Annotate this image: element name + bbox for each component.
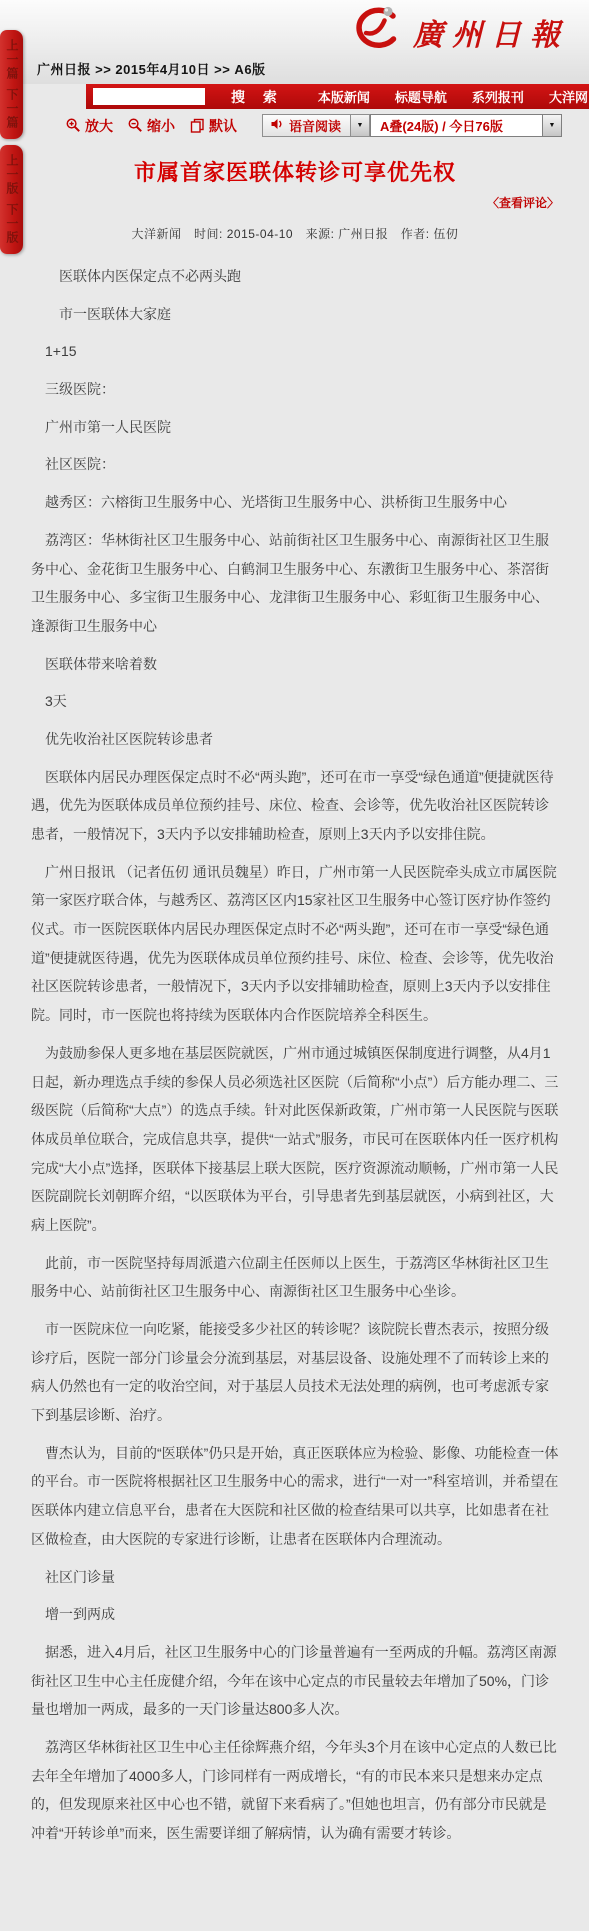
toolbar: 放大 缩小 默认	[0, 109, 589, 142]
logo-swoosh-icon	[345, 3, 407, 60]
article-body: 医联体内医保定点不必两头跑市一医联体大家庭1+15三级医院：广州市第一人民医院社…	[31, 262, 559, 1848]
nav-link[interactable]: 大洋网	[549, 87, 588, 106]
article-paragraph: 荔湾区华林街社区卫生中心主任徐辉燕介绍，今年头3个月在该中心定点的人数已比去年全…	[31, 1733, 559, 1848]
article-paragraph: 社区医院：	[31, 450, 559, 479]
speaker-icon	[270, 117, 284, 134]
article-paragraph: 医联体带来啥着数	[31, 650, 559, 679]
article-paragraph: 据悉，进入4月后，社区卫生服务中心的门诊量普遍有一至两成的升幅。荔湾区南源街社区…	[31, 1638, 559, 1724]
prev-article-link[interactable]: 上一篇	[0, 39, 23, 81]
prev-page-link[interactable]: 上一版	[0, 154, 23, 196]
article-paragraph: 增一到两成	[31, 1600, 559, 1629]
side-tab-page-nav: 上一版 下一版	[0, 145, 23, 254]
article-paragraph: 广州市第一人民医院	[31, 413, 559, 442]
article-paragraph: 曹杰认为，目前的“医联体”仍只是开始，真正医联体应为检验、影像、功能检查一体的平…	[31, 1439, 559, 1554]
article-paragraph: 市一医院床位一向吃紧，能接受多少社区的转诊呢？该院院长曹杰表示，按照分级诊疗后，…	[31, 1315, 559, 1430]
magnifier-minus-icon	[128, 118, 143, 133]
next-article-link[interactable]: 下一篇	[0, 88, 23, 130]
article-paragraph: 1+15	[31, 337, 559, 366]
article-paragraph: 医联体内医保定点不必两头跑	[31, 262, 559, 291]
article-paragraph: 越秀区：六榕街卫生服务中心、光塔街卫生服务中心、洪桥街卫生服务中心	[31, 488, 559, 517]
article: 市属首家医联体转诊可享优先权 〈查看评论〉 大洋新闻 时间: 2015-04-1…	[31, 156, 559, 1848]
article-paragraph: 市一医联体大家庭	[31, 300, 559, 329]
page: 上一篇 下一篇 上一版 下一版 廣州日報 广州日报 >> 2015年4月10日 …	[0, 0, 589, 1931]
side-tab-article-nav: 上一篇 下一篇	[0, 30, 23, 139]
header: 廣州日報 广州日报 >> 2015年4月10日 >> A6版	[0, 0, 589, 84]
article-paragraph: 社区门诊量	[31, 1563, 559, 1592]
side-tabs: 上一篇 下一篇 上一版 下一版	[0, 30, 23, 260]
edition-select[interactable]: A叠(24版) / 今日76版 ▼	[370, 114, 562, 137]
search-button[interactable]: 搜 索	[231, 87, 284, 107]
article-paragraph: 医联体内居民办理医保定点时不必“两头跑”，还可在市一享受“绿色通道”便捷就医待遇…	[31, 763, 559, 849]
zoom-out-label: 缩小	[147, 116, 175, 136]
edition-dropdown-button[interactable]: ▼	[542, 115, 561, 136]
breadcrumb[interactable]: 广州日报 >> 2015年4月10日 >> A6版	[37, 59, 266, 78]
navbar: 搜 索 本版新闻标题导航系列报刊大洋网网站地图	[86, 84, 589, 109]
view-comments-link[interactable]: 〈查看评论〉	[487, 196, 559, 210]
article-paragraph: 荔湾区：华林街社区卫生服务中心、站前街社区卫生服务中心、南源街社区卫生服务中心、…	[31, 526, 559, 641]
pages-icon	[190, 118, 205, 133]
article-meta: 大洋新闻 时间: 2015-04-10 来源: 广州日报 作者: 伍仞	[31, 225, 559, 242]
article-paragraph: 此前，市一医院坚持每周派遣六位副主任医师以上医生，于荔湾区华林街社区卫生服务中心…	[31, 1249, 559, 1306]
tts-label: 语音阅读	[289, 116, 341, 135]
tts-inner: 语音阅读	[263, 115, 350, 136]
article-paragraph: 三级医院：	[31, 375, 559, 404]
article-paragraph: 广州日报讯 （记者伍仞 通讯员魏星）昨日，广州市第一人民医院牵头成立市属医院第一…	[31, 858, 559, 1030]
magnifier-plus-icon	[66, 118, 81, 133]
search-input[interactable]	[93, 88, 205, 105]
comments-row: 〈查看评论〉	[31, 194, 559, 212]
newspaper-logo[interactable]: 廣州日報	[345, 3, 569, 60]
logo-text: 廣州日報	[413, 10, 569, 54]
nav-link[interactable]: 系列报刊	[472, 87, 524, 106]
edition-selected-value: A叠(24版) / 今日76版	[371, 115, 542, 136]
article-title: 市属首家医联体转诊可享优先权	[31, 156, 559, 187]
nav-link[interactable]: 标题导航	[395, 87, 447, 106]
article-paragraph: 3天	[31, 687, 559, 716]
nav-link[interactable]: 本版新闻	[318, 87, 370, 106]
tts-control[interactable]: 语音阅读 ▼	[262, 114, 370, 137]
default-size-button[interactable]: 默认	[190, 116, 237, 136]
default-size-label: 默认	[209, 116, 237, 136]
nav-links: 本版新闻标题导航系列报刊大洋网网站地图	[318, 87, 589, 106]
article-paragraph: 为鼓励参保人更多地在基层医院就医，广州市通过城镇医保制度进行调整，从4月1日起，…	[31, 1039, 559, 1240]
article-paragraph: 优先收治社区医院转诊患者	[31, 725, 559, 754]
zoom-in-button[interactable]: 放大	[66, 116, 113, 136]
next-page-link[interactable]: 下一版	[0, 203, 23, 245]
tts-dropdown-button[interactable]: ▼	[350, 115, 369, 136]
zoom-out-button[interactable]: 缩小	[128, 116, 175, 136]
zoom-in-label: 放大	[85, 116, 113, 136]
